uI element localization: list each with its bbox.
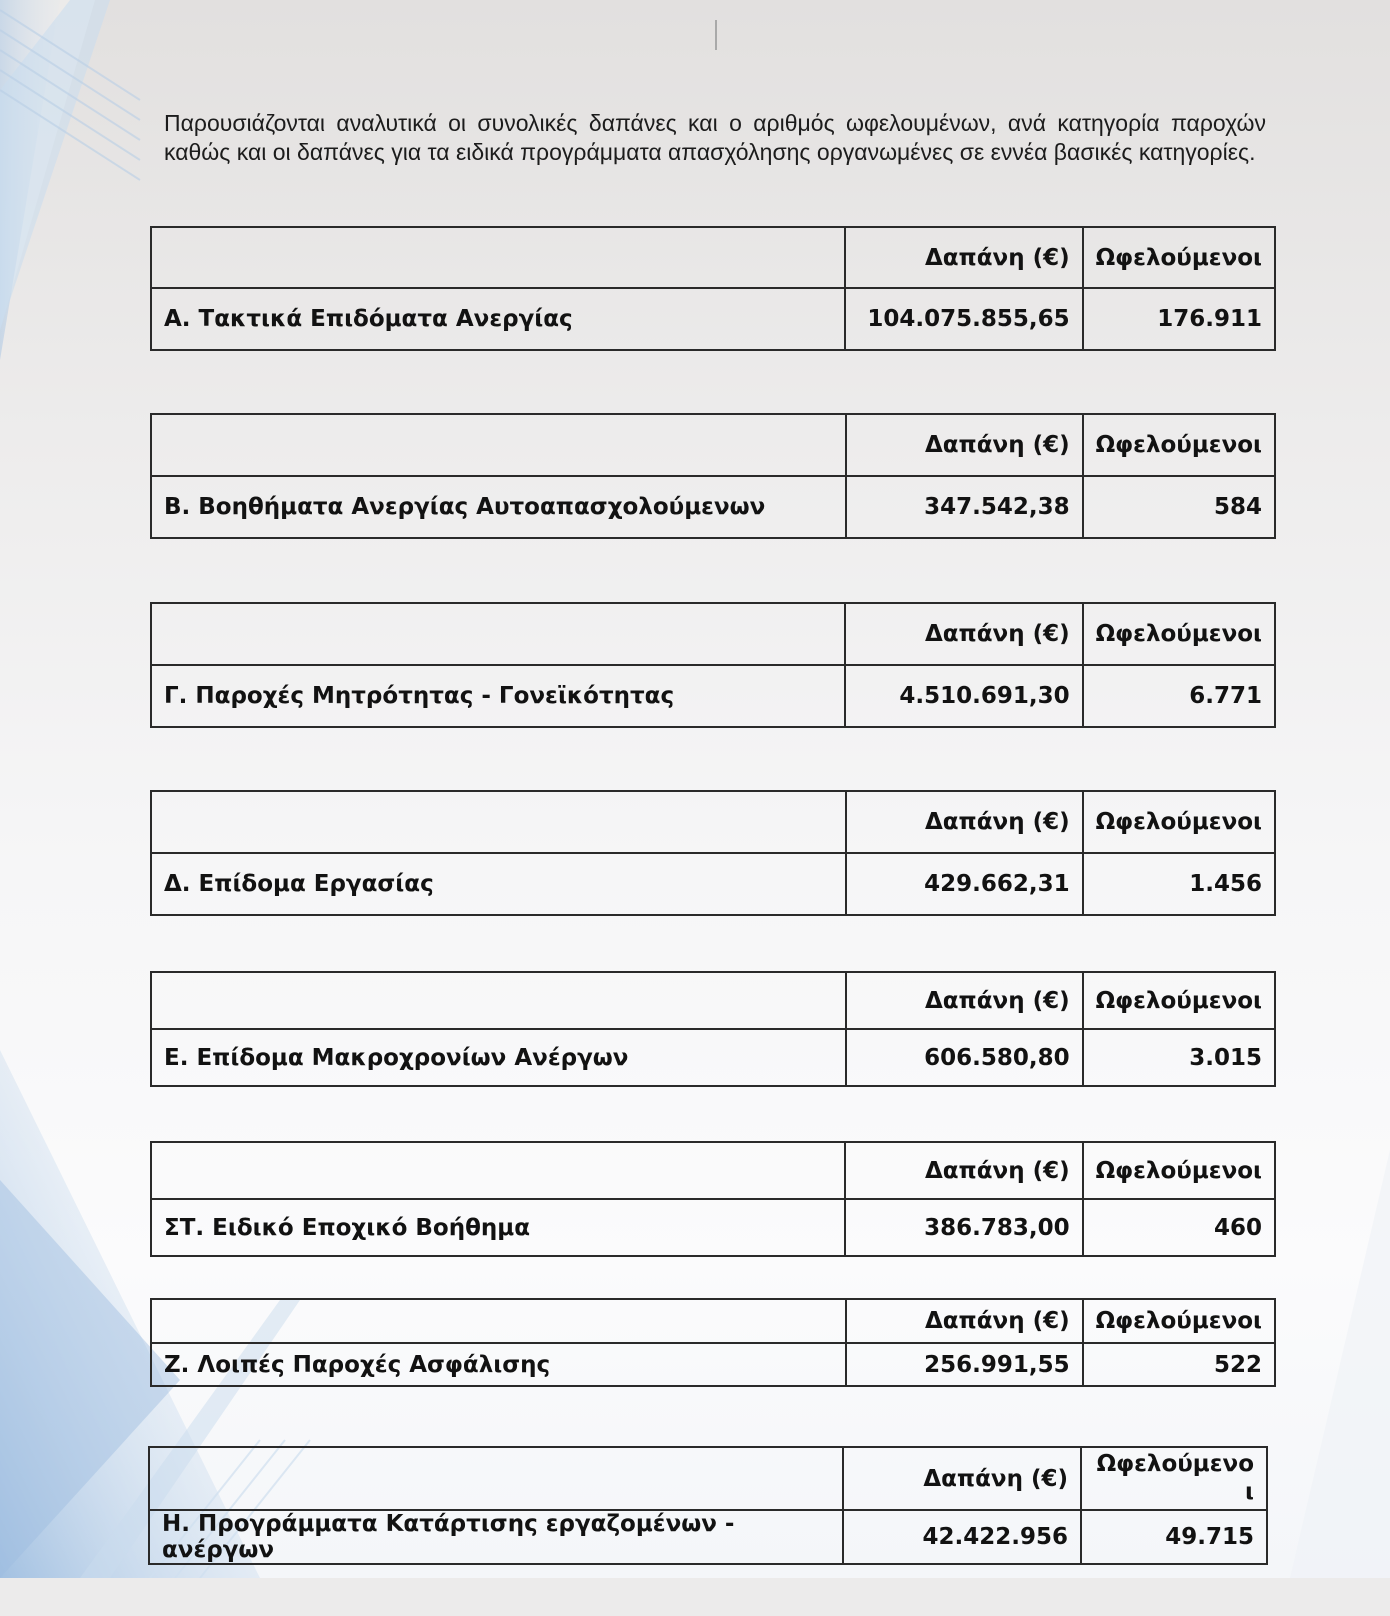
benefit-table-d: Δαπάνη (€) Ωφελούμενοι Δ. Επίδομα Εργασί…: [150, 790, 1276, 916]
cost-value: 104.075.855,65: [845, 288, 1083, 350]
header-cost: Δαπάνη (€): [846, 414, 1083, 476]
header-cost: Δαπάνη (€): [846, 1299, 1083, 1343]
beneficiaries-value: 584: [1083, 476, 1275, 538]
cost-value: 256.991,55: [846, 1343, 1083, 1386]
category-name: Ε. Επίδομα Μακροχρονίων Ανέργων: [151, 1029, 846, 1086]
beneficiaries-value: 3.015: [1083, 1029, 1275, 1086]
benefit-table-c: Δαπάνη (€) Ωφελούμενοι Γ. Παροχές Μητρότ…: [150, 602, 1276, 728]
header-empty-cell: [149, 1447, 843, 1510]
category-name: ΣΤ. Ειδικό Εποχικό Βοήθημα: [151, 1199, 845, 1256]
benefit-table-st: Δαπάνη (€) Ωφελούμενοι ΣΤ. Ειδικό Εποχικ…: [150, 1141, 1276, 1257]
header-cost: Δαπάνη (€): [845, 603, 1082, 665]
top-divider: [715, 20, 717, 50]
benefit-table-h: Δαπάνη (€) Ωφελούμενο ι Η. Προγράμματα Κ…: [148, 1446, 1268, 1565]
beneficiaries-value: 522: [1083, 1343, 1275, 1386]
header-empty-cell: [151, 227, 845, 288]
header-empty-cell: [151, 414, 846, 476]
bottom-band: [0, 1578, 1390, 1616]
header-empty-cell: [151, 1142, 845, 1199]
header-beneficiaries: Ωφελούμενοι: [1083, 603, 1275, 665]
intro-paragraph: Παρουσιάζονται αναλυτικά οι συνολικές δα…: [164, 109, 1266, 167]
beneficiaries-value: 1.456: [1083, 853, 1275, 915]
benefit-table-a: Δαπάνη (€) Ωφελούμενοι Α. Τακτικά Επιδόμ…: [150, 226, 1276, 351]
header-beneficiaries: Ωφελούμενοι: [1083, 227, 1275, 288]
header-cost: Δαπάνη (€): [845, 1142, 1082, 1199]
header-beneficiaries: Ωφελούμενοι: [1083, 791, 1275, 853]
category-name: Β. Βοηθήματα Ανεργίας Αυτοαπασχολούμενων: [151, 476, 846, 538]
benefit-table-e: Δαπάνη (€) Ωφελούμενοι Ε. Επίδομα Μακροχ…: [150, 971, 1276, 1087]
benefit-table-z: Δαπάνη (€) Ωφελούμενοι Ζ. Λοιπές Παροχές…: [150, 1298, 1276, 1387]
beneficiaries-value: 49.715: [1081, 1510, 1267, 1564]
header-beneficiaries: Ωφελούμενοι: [1083, 414, 1275, 476]
cost-value: 429.662,31: [846, 853, 1083, 915]
cost-value: 42.422.956: [843, 1510, 1081, 1564]
cost-value: 4.510.691,30: [845, 665, 1082, 727]
beneficiaries-value: 6.771: [1083, 665, 1275, 727]
beneficiaries-value: 460: [1083, 1199, 1275, 1256]
header-empty-cell: [151, 972, 846, 1029]
header-cost: Δαπάνη (€): [843, 1447, 1081, 1510]
category-name: Α. Τακτικά Επιδόματα Ανεργίας: [151, 288, 845, 350]
cost-value: 386.783,00: [845, 1199, 1082, 1256]
header-cost: Δαπάνη (€): [845, 227, 1083, 288]
header-beneficiaries: Ωφελούμενοι: [1083, 1299, 1275, 1343]
category-name: Ζ. Λοιπές Παροχές Ασφάλισης: [151, 1343, 846, 1386]
header-beneficiaries-line1: Ωφελούμενο: [1094, 1450, 1254, 1478]
cost-value: 606.580,80: [846, 1029, 1083, 1086]
header-empty-cell: [151, 603, 845, 665]
category-name: Δ. Επίδομα Εργασίας: [151, 853, 846, 915]
header-cost: Δαπάνη (€): [846, 791, 1083, 853]
header-beneficiaries: Ωφελούμενοι: [1083, 972, 1275, 1029]
category-name: Η. Προγράμματα Κατάρτισης εργαζομένων - …: [149, 1510, 843, 1564]
header-cost: Δαπάνη (€): [846, 972, 1083, 1029]
header-beneficiaries-line2: ι: [1094, 1478, 1254, 1506]
cost-value: 347.542,38: [846, 476, 1083, 538]
benefit-table-b: Δαπάνη (€) Ωφελούμενοι Β. Βοηθήματα Ανερ…: [150, 413, 1276, 539]
beneficiaries-value: 176.911: [1083, 288, 1275, 350]
header-empty-cell: [151, 1299, 846, 1343]
category-name: Γ. Παροχές Μητρότητας - Γονεϊκότητας: [151, 665, 845, 727]
header-beneficiaries: Ωφελούμενο ι: [1081, 1447, 1267, 1510]
header-empty-cell: [151, 791, 846, 853]
header-beneficiaries: Ωφελούμενοι: [1083, 1142, 1275, 1199]
